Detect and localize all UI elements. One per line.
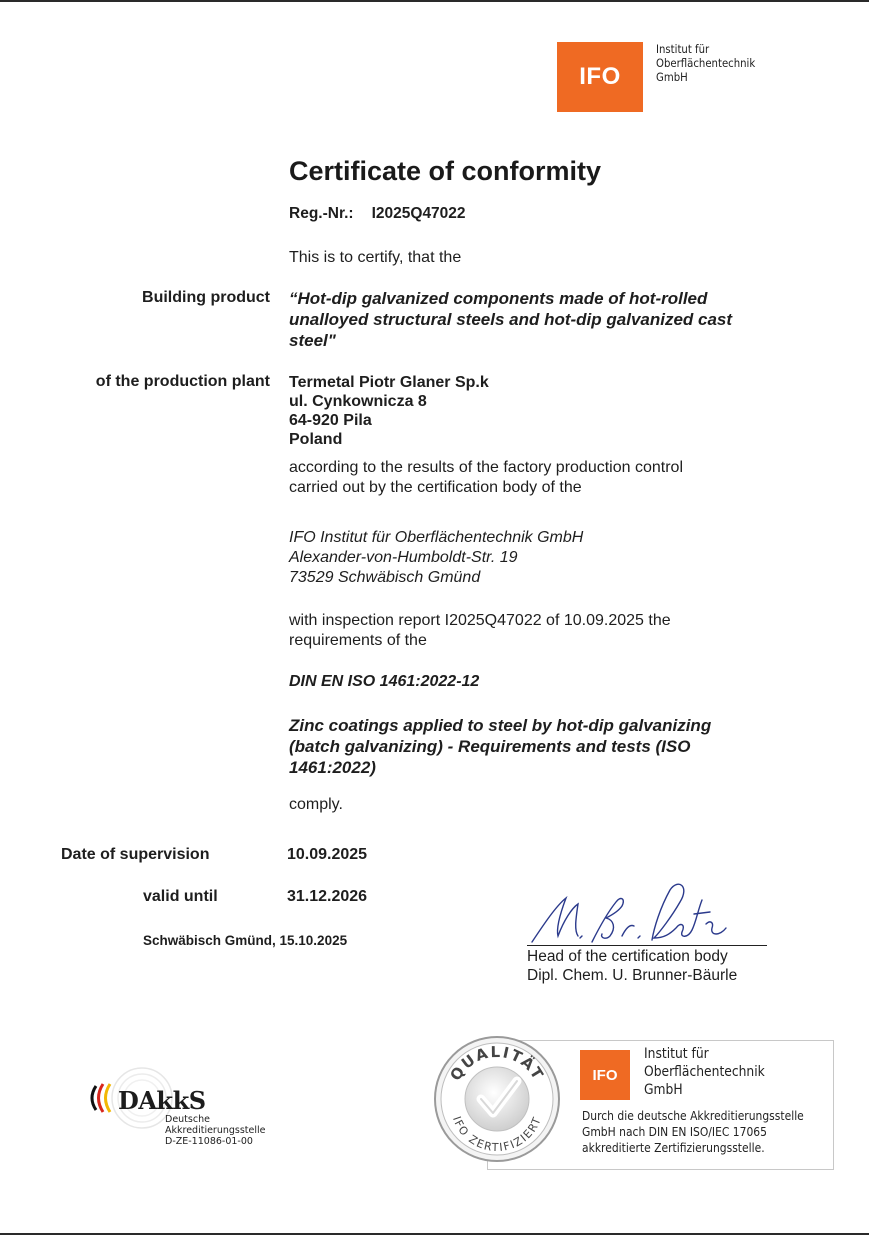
address-line: 64-920 Pila — [289, 411, 489, 430]
ifo-logo-text: IFO — [579, 63, 621, 91]
place-and-date: Schwäbisch Gmünd, 15.10.2025 — [143, 933, 347, 948]
text-line: Alexander-von-Humboldt-Str. 19 — [289, 548, 583, 568]
signature-line — [527, 945, 767, 946]
text-line: requirements of the — [289, 631, 671, 651]
accreditation-statement: Durch die deutsche Akkreditierungsstelle… — [582, 1108, 804, 1156]
institute-line: Institut für — [656, 42, 755, 56]
reg-label: Reg.-Nr.: — [289, 205, 354, 222]
text-line: 1461:2022) — [289, 757, 711, 778]
ifo-small-logo: IFO — [580, 1050, 630, 1100]
comply-text: comply. — [289, 795, 343, 815]
supervision-label: Date of supervision — [61, 845, 209, 865]
product-line: unalloyed structural steels and hot-dip … — [289, 309, 732, 330]
inspection-report-text: with inspection report I2025Q47022 of 10… — [289, 611, 671, 651]
institute-name: Institut für Oberflächentechnik GmbH — [656, 42, 755, 84]
dakks-wordmark: DAkkS — [118, 1086, 206, 1115]
certificate-title: Certificate of conformity — [289, 156, 601, 187]
signatory-role: Head of the certification body — [527, 947, 737, 966]
text-line: GmbH — [644, 1081, 765, 1099]
production-plant-address: Termetal Piotr Glaner Sp.k ul. Cynkownic… — [289, 373, 489, 449]
building-product-value: “Hot-dip galvanized components made of h… — [289, 288, 732, 351]
ifo-small-logo-text: IFO — [593, 1067, 618, 1084]
product-line: steel" — [289, 330, 732, 351]
text-line: Institut für — [644, 1045, 765, 1063]
institute-line: GmbH — [656, 70, 755, 84]
product-line: “Hot-dip galvanized components made of h… — [289, 288, 732, 309]
ifo-small-name: Institut für Oberflächentechnik GmbH — [644, 1045, 765, 1099]
address-line: Poland — [289, 430, 489, 449]
text-line: according to the results of the factory … — [289, 458, 683, 478]
certification-body-address: IFO Institut für Oberflächentechnik GmbH… — [289, 528, 583, 588]
valid-until-label: valid until — [143, 887, 218, 907]
text-line: with inspection report I2025Q47022 of 10… — [289, 611, 671, 631]
text-line: (batch galvanizing) - Requirements and t… — [289, 736, 711, 757]
text-line: D-ZE-11086-01-00 — [165, 1136, 266, 1147]
text-line: Deutsche — [165, 1114, 266, 1125]
text-line: Durch die deutsche Akkreditierungsstelle — [582, 1108, 804, 1124]
address-line: ul. Cynkownicza 8 — [289, 392, 489, 411]
text-line: akkreditierte Zertifizierungsstelle. — [582, 1140, 804, 1156]
text-line: Oberflächentechnik — [644, 1063, 765, 1081]
text-line: IFO Institut für Oberflächentechnik GmbH — [289, 528, 583, 548]
dakks-caption: Deutsche Akkreditierungsstelle D-ZE-1108… — [165, 1114, 266, 1147]
institute-line: Oberflächentechnik — [656, 56, 755, 70]
valid-until-date: 31.12.2026 — [287, 887, 367, 907]
standard-title: Zinc coatings applied to steel by hot-di… — [289, 715, 711, 778]
supervision-date: 10.09.2025 — [287, 845, 367, 865]
address-line: Termetal Piotr Glaner Sp.k — [289, 373, 489, 392]
text-line: Akkreditierungsstelle — [165, 1125, 266, 1136]
text-line: Zinc coatings applied to steel by hot-di… — [289, 715, 711, 736]
text-line: carried out by the certification body of… — [289, 478, 683, 498]
page-top-edge — [0, 0, 869, 2]
building-product-label: Building product — [0, 289, 270, 307]
registration-number: Reg.-Nr.:I2025Q47022 — [289, 205, 466, 223]
ifo-logo: IFO — [557, 42, 643, 112]
fpc-text: according to the results of the factory … — [289, 458, 683, 498]
dakks-logo: DAkkS Deutsche Akkreditierungsstelle D-Z… — [82, 1062, 282, 1152]
signatory: Head of the certification body Dipl. Che… — [527, 947, 737, 985]
signatory-name: Dipl. Chem. U. Brunner-Bäurle — [527, 966, 737, 985]
quality-seal-icon: QUALITÄT IFO ZERTIFIZIERT — [433, 1035, 561, 1163]
text-line: 73529 Schwäbisch Gmünd — [289, 568, 583, 588]
standard-number: DIN EN ISO 1461:2022-12 — [289, 671, 479, 692]
production-plant-label: of the production plant — [0, 373, 270, 391]
signature — [530, 880, 740, 946]
text-line: GmbH nach DIN EN ISO/IEC 17065 — [582, 1124, 804, 1140]
intro-text: This is to certify, that the — [289, 248, 461, 268]
reg-value: I2025Q47022 — [372, 205, 466, 222]
